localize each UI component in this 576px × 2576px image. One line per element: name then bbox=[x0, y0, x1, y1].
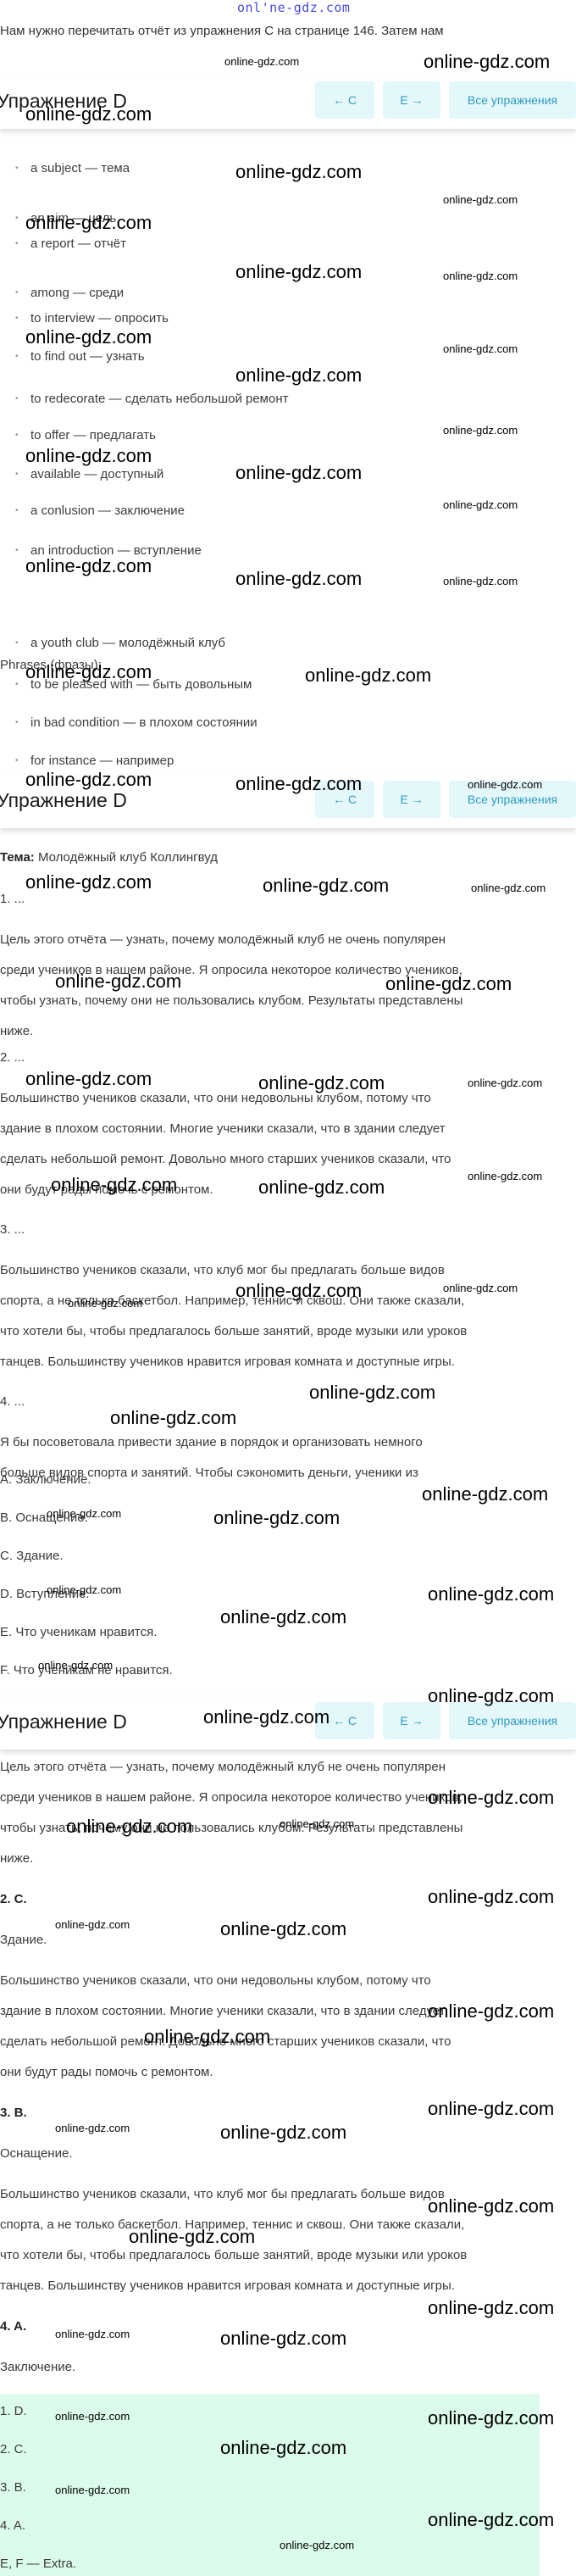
answer-box bbox=[0, 2394, 540, 2576]
watermark-text: online-gdz.com bbox=[428, 2098, 554, 2120]
watermark-text: online-gdz.com bbox=[55, 1918, 130, 1931]
watermark-text: online-gdz.com bbox=[422, 1483, 548, 1505]
watermark-text: online-gdz.com bbox=[110, 1407, 236, 1429]
solution-heading: Здание. bbox=[0, 1933, 47, 1947]
exercise-header: Упражнение D ← C E → Все упражнения bbox=[0, 76, 576, 129]
bullet-icon: • bbox=[15, 288, 19, 298]
phrase-item: for instance — например bbox=[30, 754, 174, 768]
solution-number: 3. B. bbox=[0, 2106, 27, 2120]
watermark-text: online-gdz.com bbox=[468, 1077, 542, 1089]
watermark-text: online-gdz.com bbox=[235, 568, 362, 590]
phrase-item: a youth club — молодёжный клуб bbox=[30, 636, 225, 650]
subject-value: Молодёжный клуб Коллингвуд bbox=[35, 850, 218, 865]
report-line: Я бы посоветовала привести здание в поря… bbox=[0, 1435, 423, 1449]
watermark-text: online-gdz.com bbox=[213, 1507, 340, 1529]
vocab-item: available — доступный bbox=[30, 467, 163, 481]
all-exercises-button-sticky-2[interactable]: Все упражнения bbox=[449, 1702, 576, 1739]
watermark-text: online-gdz.com bbox=[443, 1282, 518, 1294]
vocab-item: a conlusion — заключение bbox=[30, 504, 185, 518]
report-line: Большинство учеников сказали, что клуб м… bbox=[0, 1263, 445, 1277]
next-exercise-button-sticky[interactable]: E → bbox=[383, 781, 440, 818]
watermark-text: online-gdz.com bbox=[224, 55, 299, 68]
intro-text: Нам нужно перечитать отчёт из упражнения… bbox=[0, 24, 444, 38]
watermark-text: online-gdz.com bbox=[443, 498, 518, 511]
page-title-sticky-2: Упражнение D bbox=[0, 1711, 127, 1733]
bullet-icon: • bbox=[15, 164, 19, 173]
bullet-icon: • bbox=[15, 638, 19, 648]
watermark-text: online-gdz.com bbox=[428, 2195, 554, 2217]
watermark-text: online-gdz.com bbox=[220, 1606, 346, 1628]
watermark-text: online-gdz.com bbox=[220, 1918, 346, 1940]
report-line: сделать небольшой ремонт. Довольно много… bbox=[0, 1152, 451, 1166]
watermark-text: online-gdz.com bbox=[25, 555, 152, 577]
watermark-text: online-gdz.com bbox=[235, 364, 362, 387]
option-item: C. Здание. bbox=[0, 1549, 64, 1563]
section-number: 1. ... bbox=[0, 892, 25, 906]
phrase-item: to be pleased with — быть довольным bbox=[30, 677, 252, 692]
section-number: 4. ... bbox=[0, 1394, 25, 1409]
vocab-item: a report — отчёт bbox=[30, 236, 126, 251]
section-number: 2. ... bbox=[0, 1050, 25, 1065]
answer-item: E, F — Extra. bbox=[0, 2557, 76, 2571]
solution-line: ниже. bbox=[0, 1851, 33, 1866]
watermark-text: online-gdz.com bbox=[220, 2122, 346, 2144]
bullet-icon: • bbox=[15, 506, 19, 515]
section-number: 3. ... bbox=[0, 1222, 25, 1237]
option-item: B. Оснащение. bbox=[0, 1511, 88, 1525]
report-line: танцев. Большинству учеников нравится иг… bbox=[0, 1355, 455, 1369]
vocab-item: to offer — предлагать bbox=[30, 428, 156, 442]
solution-line: Цель этого отчёта — узнать, почему молод… bbox=[0, 1760, 446, 1774]
report-line: что хотели бы, чтобы предлагалось больше… bbox=[0, 1324, 467, 1338]
vocab-item: to redecorate — сделать небольшой ремонт bbox=[30, 392, 288, 406]
watermark-text: online-gdz.com bbox=[235, 261, 362, 283]
watermark-text: online-gdz.com bbox=[428, 2000, 554, 2022]
option-item: A. Заключение. bbox=[0, 1472, 91, 1487]
prev-exercise-button-sticky-2[interactable]: ← C bbox=[315, 1702, 374, 1739]
bullet-icon: • bbox=[15, 239, 19, 248]
watermark-text: online-gdz.com bbox=[305, 665, 431, 687]
answer-item: 2. C. bbox=[0, 2442, 27, 2456]
subject-label: Тема: bbox=[0, 850, 35, 865]
watermark-text: online-gdz.com bbox=[428, 1583, 554, 1605]
site-logo[interactable]: onl'ne-gdz.com bbox=[237, 0, 350, 15]
watermark-text: online-gdz.com bbox=[235, 161, 362, 183]
watermark-text: online-gdz.com bbox=[309, 1382, 435, 1404]
solution-line: танцев. Большинству учеников нравится иг… bbox=[0, 2278, 455, 2293]
report-line: спорта, а не только баскетбол. Например,… bbox=[0, 1294, 464, 1308]
answer-item: 1. D. bbox=[0, 2404, 27, 2418]
watermark-text: online-gdz.com bbox=[55, 2328, 130, 2340]
watermark-text: online-gdz.com bbox=[263, 875, 389, 897]
answer-item: 4. A. bbox=[0, 2518, 25, 2533]
watermark-text: online-gdz.com bbox=[25, 1068, 152, 1090]
vocab-item: an introduction — вступление bbox=[30, 543, 202, 558]
vocab-item: an aim — цель bbox=[30, 211, 116, 225]
solution-line: сделать небольшой ремонт. Довольно много… bbox=[0, 2034, 451, 2049]
vocab-item: among — среди bbox=[30, 286, 124, 300]
bullet-icon: • bbox=[15, 546, 19, 555]
prev-exercise-button-sticky[interactable]: ← C bbox=[315, 781, 374, 818]
prev-exercise-button[interactable]: ← C bbox=[315, 81, 374, 119]
report-line: среди учеников в нашем районе. Я опросил… bbox=[0, 963, 462, 977]
watermark-text: online-gdz.com bbox=[25, 445, 152, 467]
watermark-text: online-gdz.com bbox=[443, 342, 518, 355]
bullet-icon: • bbox=[15, 431, 19, 440]
bullet-icon: • bbox=[15, 352, 19, 361]
phrases-heading: Phrases (фразы): bbox=[0, 658, 102, 672]
bullet-icon: • bbox=[15, 314, 19, 323]
report-line: здание в плохом состоянии. Многие ученик… bbox=[0, 1121, 446, 1136]
report-subject: Тема: Молодёжный клуб Коллингвуд bbox=[0, 850, 218, 865]
watermark-text: online-gdz.com bbox=[25, 326, 152, 348]
watermark-text: online-gdz.com bbox=[443, 424, 518, 437]
bullet-icon: • bbox=[15, 214, 19, 223]
next-exercise-button-sticky-2[interactable]: E → bbox=[383, 1702, 440, 1739]
solution-line: что хотели бы, чтобы предлагалось больше… bbox=[0, 2248, 467, 2262]
watermark-text: online-gdz.com bbox=[471, 882, 546, 894]
report-line: ниже. bbox=[0, 1024, 33, 1038]
report-line: они будут рады помочь с ремонтом. bbox=[0, 1182, 213, 1197]
all-exercises-button[interactable]: Все упражнения bbox=[449, 81, 576, 119]
next-exercise-button[interactable]: E → bbox=[383, 81, 440, 119]
watermark-text: online-gdz.com bbox=[428, 2297, 554, 2319]
bullet-icon: • bbox=[15, 756, 19, 765]
option-item: E. Что ученикам нравится. bbox=[0, 1625, 157, 1639]
watermark-text: online-gdz.com bbox=[424, 51, 550, 73]
vocab-item: to interview — опросить bbox=[30, 311, 169, 325]
solution-line: Большинство учеников сказали, что клуб м… bbox=[0, 2187, 445, 2201]
solution-line: спорта, а не только баскетбол. Например,… bbox=[0, 2217, 464, 2232]
watermark-text: online-gdz.com bbox=[468, 1170, 542, 1182]
bullet-icon: • bbox=[15, 718, 19, 727]
watermark-text: online-gdz.com bbox=[25, 871, 152, 893]
vocab-item: to find out — узнать bbox=[30, 349, 145, 364]
solution-line: они будут рады помочь с ремонтом. bbox=[0, 2065, 213, 2079]
watermark-text: online-gdz.com bbox=[443, 193, 518, 206]
watermark-text: online-gdz.com bbox=[220, 2328, 346, 2350]
solution-line: среди учеников в нашем районе. Я опросил… bbox=[0, 1790, 462, 1805]
watermark-text: online-gdz.com bbox=[428, 1886, 554, 1908]
bullet-icon: • bbox=[15, 470, 19, 479]
solution-number: 2. C. bbox=[0, 1892, 27, 1906]
watermark-text: online-gdz.com bbox=[258, 1177, 385, 1199]
watermark-text: online-gdz.com bbox=[235, 462, 362, 484]
watermark-text: online-gdz.com bbox=[443, 270, 518, 282]
page-title: Упражнение D bbox=[0, 90, 127, 113]
solution-heading: Оснащение. bbox=[0, 2146, 72, 2161]
report-line: чтобы узнать, почему они не пользовались… bbox=[0, 993, 462, 1008]
solution-line: здание в плохом состоянии. Многие ученик… bbox=[0, 2004, 446, 2018]
watermark-text: online-gdz.com bbox=[443, 575, 518, 587]
all-exercises-button-sticky[interactable]: Все упражнения bbox=[449, 781, 576, 818]
solution-line: чтобы узнать, почему они не пользовались… bbox=[0, 1821, 462, 1835]
solution-heading: Заключение. bbox=[0, 2360, 75, 2374]
bullet-icon: • bbox=[15, 394, 19, 403]
report-line: Большинство учеников сказали, что они не… bbox=[0, 1091, 431, 1105]
solution-number: 4. A. bbox=[0, 2319, 26, 2334]
bullet-icon: • bbox=[15, 680, 19, 689]
phrase-item: in bad condition — в плохом состоянии bbox=[30, 715, 258, 730]
exercise-header-sticky: Упражнение D ← C E → Все упражнения bbox=[0, 776, 576, 828]
exercise-header-sticky-2: Упражнение D ← C E → Все упражнения bbox=[0, 1697, 576, 1750]
option-item: F. Что ученикам не нравится. bbox=[0, 1663, 173, 1677]
watermark-text: online-gdz.com bbox=[55, 2122, 130, 2134]
option-item: D. Вступление. bbox=[0, 1587, 90, 1601]
page-title-sticky: Упражнение D bbox=[0, 789, 127, 812]
solution-line: Большинство учеников сказали, что они не… bbox=[0, 1973, 431, 1988]
vocab-item: a subject — тема bbox=[30, 161, 130, 175]
answer-item: 3. B. bbox=[0, 2480, 26, 2495]
report-line: Цель этого отчёта — узнать, почему молод… bbox=[0, 932, 446, 947]
